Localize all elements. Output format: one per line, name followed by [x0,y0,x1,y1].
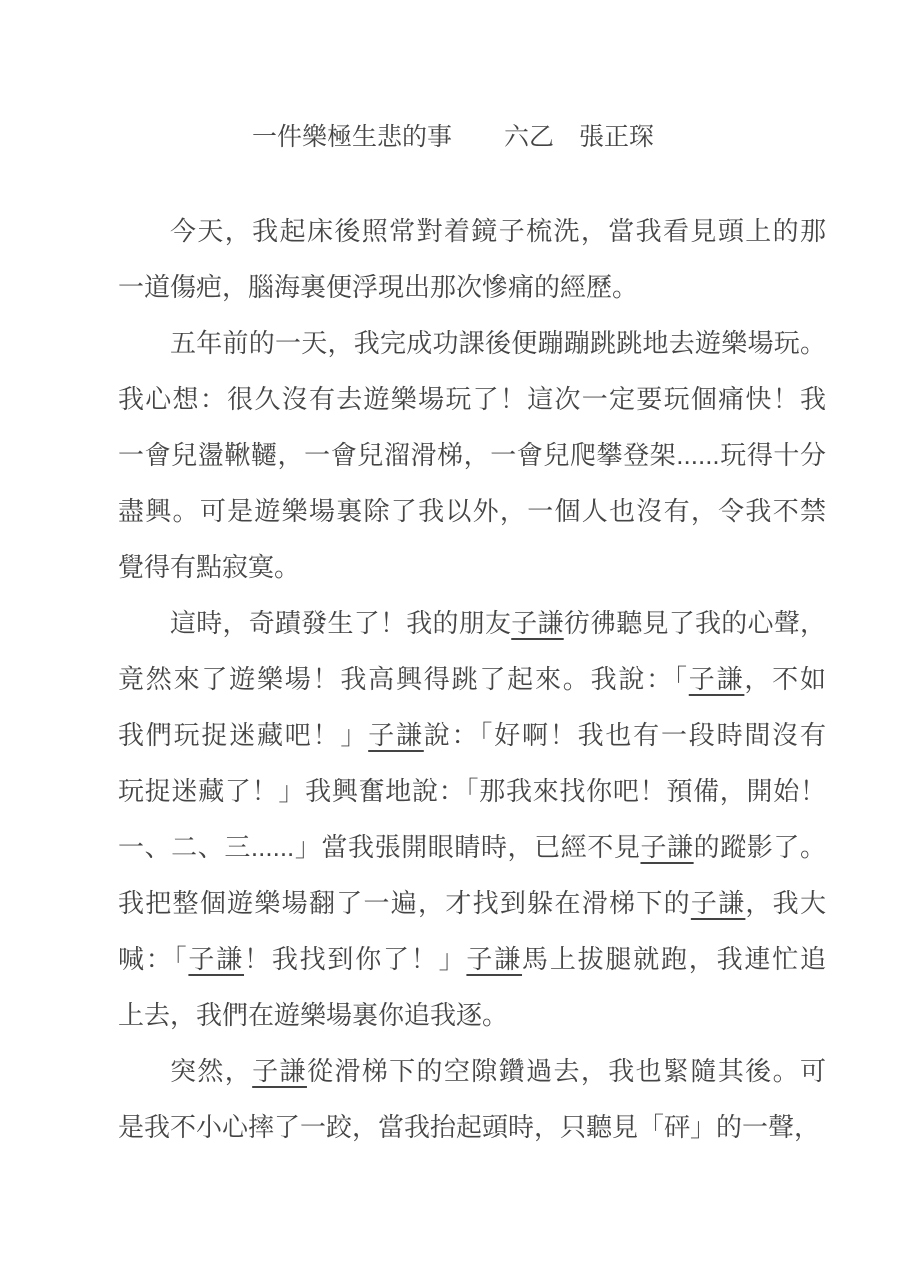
text-segment: ，不如 [744,664,826,694]
author-name: 張正琛 [579,123,654,151]
essay-line: 盡興。可是遊樂場裏除了我以外，一個人也沒有，令我不禁 [118,483,826,539]
proper-noun-mark: 子謙 [689,664,745,694]
document-content: 一件樂極生悲的事六乙張正琛 今天，我起床後照常對着鏡子梳洗，當我看見頭上的那一道… [118,109,826,1155]
essay-line: 一會兒盪鞦韆，一會兒溜滑梯，一會兒爬攀登架......玩得十分 [118,427,826,483]
text-segment: 一會兒盪鞦韆，一會兒溜滑梯，一會兒爬攀登架......玩得十分 [118,440,826,470]
essay-line: 這時，奇蹟發生了！我的朋友子謙彷彿聽見了我的心聲， [118,595,826,651]
essay-line: 覺得有點寂寞。 [118,539,826,595]
essay-line: 是我不小心摔了一跤，當我抬起頭時，只聽見「砰」的一聲， [118,1099,826,1155]
essay-line: 我把整個遊樂場翻了一遍，才找到躲在滑梯下的子謙，我大 [118,875,826,931]
text-segment: 我把整個遊樂場翻了一遍，才找到躲在滑梯下的 [118,888,691,918]
text-segment: 覺得有點寂寞。 [118,552,300,582]
text-segment: 喊：「 [118,944,188,974]
proper-noun-mark: 子謙 [188,944,244,974]
proper-noun-mark: 子謙 [252,1056,307,1086]
text-segment: 我心想：很久沒有去遊樂場玩了！這次一定要玩個痛快！我 [118,384,826,414]
text-segment: ！我找到你了！」 [244,944,466,974]
text-segment: 竟然來了遊樂場！我高興得跳了起來。我說：「 [118,664,689,694]
document-page: 一件樂極生悲的事六乙張正琛 今天，我起床後照常對着鏡子梳洗，當我看見頭上的那一道… [0,0,905,1280]
text-segment: 今天，我起床後照常對着鏡子梳洗，當我看見頭上的那 [170,216,826,246]
essay-line: 一道傷疤，腦海裏便浮現出那次慘痛的經歷。 [118,259,826,315]
text-segment: 一道傷疤，腦海裏便浮現出那次慘痛的經歷。 [118,272,638,302]
text-segment: 上去，我們在遊樂場裏你追我逐。 [118,1000,508,1030]
essay-title: 一件樂極生悲的事 [252,123,452,151]
essay-body: 今天，我起床後照常對着鏡子梳洗，當我看見頭上的那一道傷疤，腦海裏便浮現出那次慘痛… [118,203,826,1155]
proper-noun-mark: 子謙 [691,888,746,918]
essay-paragraph: 五年前的一天，我完成功課後便蹦蹦跳跳地去遊樂場玩。我心想：很久沒有去遊樂場玩了！… [118,315,826,595]
text-segment: 五年前的一天，我完成功課後便蹦蹦跳跳地去遊樂場玩。 [170,328,826,358]
essay-line: 今天，我起床後照常對着鏡子梳洗，當我看見頭上的那 [118,203,826,259]
text-segment: 突然， [170,1056,252,1086]
essay-paragraph: 這時，奇蹟發生了！我的朋友子謙彷彿聽見了我的心聲，竟然來了遊樂場！我高興得跳了起… [118,595,826,1043]
essay-line: 上去，我們在遊樂場裏你追我逐。 [118,987,826,1043]
text-segment: 說：「好啊！我也有一段時間沒有 [424,720,826,750]
text-segment: 我們玩捉迷藏吧！」 [118,720,368,750]
text-segment: 的蹤影了。 [694,832,826,862]
class-label: 六乙 [504,123,554,151]
essay-line: 五年前的一天，我完成功課後便蹦蹦跳跳地去遊樂場玩。 [118,315,826,371]
essay-line: 竟然來了遊樂場！我高興得跳了起來。我說：「子謙，不如 [118,651,826,707]
text-segment: 一、二、三......」當我張開眼睛時，已經不見 [118,832,640,862]
title-line: 一件樂極生悲的事六乙張正琛 [118,109,826,165]
text-segment: ，我大 [745,888,826,918]
essay-line: 喊：「子謙！我找到你了！」子謙馬上拔腿就跑，我連忙追 [118,931,826,987]
text-segment: 從滑梯下的空隙鑽過去，我也緊隨其後。可 [307,1056,826,1086]
essay-line: 玩捉迷藏了！」我興奮地說：「那我來找你吧！預備，開始！ [118,763,826,819]
text-segment: 盡興。可是遊樂場裏除了我以外，一個人也沒有，令我不禁 [118,496,826,526]
text-segment: 玩捉迷藏了！」我興奮地說：「那我來找你吧！預備，開始！ [118,776,826,806]
proper-noun-mark: 子謙 [368,720,424,750]
text-segment: 彷彿聽見了我的心聲， [564,608,826,638]
proper-noun-mark: 子謙 [466,944,522,974]
essay-line: 我心想：很久沒有去遊樂場玩了！這次一定要玩個痛快！我 [118,371,826,427]
text-segment: 是我不小心摔了一跤，當我抬起頭時，只聽見「砰」的一聲， [118,1112,820,1142]
text-segment: 這時，奇蹟發生了！我的朋友 [170,608,511,638]
essay-line: 我們玩捉迷藏吧！」子謙說：「好啊！我也有一段時間沒有 [118,707,826,763]
proper-noun-mark: 子謙 [511,608,564,638]
text-segment: 馬上拔腿就跑，我連忙追 [522,944,826,974]
essay-line: 一、二、三......」當我張開眼睛時，已經不見子謙的蹤影了。 [118,819,826,875]
essay-paragraph: 今天，我起床後照常對着鏡子梳洗，當我看見頭上的那一道傷疤，腦海裏便浮現出那次慘痛… [118,203,826,315]
essay-line: 突然，子謙從滑梯下的空隙鑽過去，我也緊隨其後。可 [118,1043,826,1099]
essay-paragraph: 突然，子謙從滑梯下的空隙鑽過去，我也緊隨其後。可是我不小心摔了一跤，當我抬起頭時… [118,1043,826,1155]
proper-noun-mark: 子謙 [640,832,693,862]
